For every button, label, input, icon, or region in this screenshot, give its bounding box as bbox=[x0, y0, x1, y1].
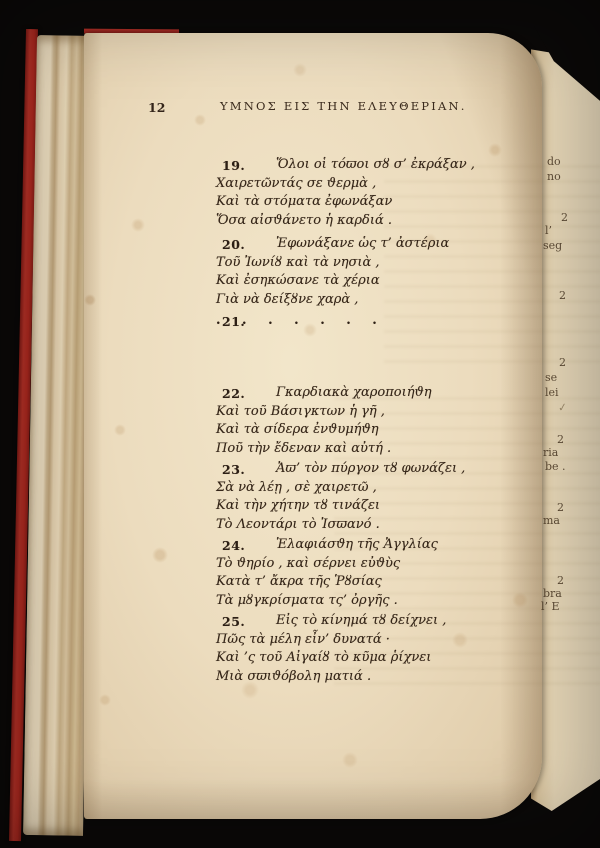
stanza-22: 22. Γκαρδιακὰ χαροποιήϑη Καὶ τοῦ Βάσιγκτ… bbox=[212, 384, 432, 458]
book-page: 12 ΥΜΝΟΣ ΕΙΣ ΤΗΝ ΕΛΕΥΘΕΡΙΑΝ. 19. Ὅλοι οἱ… bbox=[84, 33, 542, 819]
verse-line: Τὸ Λεοντάρι τὸ Ἰσϖανό . bbox=[212, 516, 465, 535]
pencil-check-mark: ✓ bbox=[557, 400, 568, 414]
verse-line: Ἐλαφιάσϑη τῆς Ἀγγλίας bbox=[212, 536, 438, 555]
verse-line: Ὅσα αἰσϑάνετο ἡ καρδιά . bbox=[212, 212, 475, 231]
stanza-number: 22. bbox=[222, 385, 245, 404]
facing-page-fragment: lei bbox=[545, 386, 559, 399]
verse-line: Τὰ μȣγκρίσματα τς’ ὀργῆς . bbox=[212, 592, 438, 611]
facing-page-fragment: l’ E bbox=[541, 600, 560, 613]
facing-page-fragment: se bbox=[545, 371, 557, 384]
facing-page-fragment: 2 bbox=[561, 211, 568, 224]
facing-page-fragment: ma bbox=[543, 514, 560, 527]
verse-line: Καὶ ἐσηκώσανε τὰ χέρια bbox=[212, 272, 449, 291]
facing-page-fragment: 2 bbox=[559, 289, 566, 302]
verse-line: Εἰς τὸ κίνημά τȣ δείχνει , bbox=[212, 612, 446, 631]
verse-line: Σὰ νὰ λέῃ , σὲ χαιρετῶ , bbox=[212, 479, 465, 498]
facing-page-fragment: 2 bbox=[557, 501, 564, 514]
facing-page-fragment: 2 bbox=[557, 574, 564, 587]
verse-line: Κατὰ τ’ ἄκρα τῆς Ῥȣσίας bbox=[212, 573, 438, 592]
verse-line: Πῶς τὰ μέλη εἶν’ δυνατά · bbox=[212, 631, 446, 650]
stanza-20: 20. Ἐφωνάξανε ὡς τ’ ἀστέρια Τοῦ Ἰωνίȣ κα… bbox=[212, 235, 449, 309]
stanza-number: 25. bbox=[222, 613, 245, 632]
verse-line: Ποῦ τὴν ἔδεναν καὶ αὐτή . bbox=[212, 440, 432, 459]
verse-line: Χαιρετῶντάς σε ϑερμὰ , bbox=[212, 175, 475, 194]
stanza-number: 20. bbox=[222, 236, 245, 255]
facing-page-fragment: be . bbox=[545, 460, 566, 473]
verse-line: Μιὰ σϖιϑόβολη ματιά . bbox=[212, 668, 446, 687]
facing-page-fragment: do bbox=[547, 155, 561, 168]
facing-page-fragment: 2 bbox=[557, 433, 564, 446]
verse-line: Καὶ τὰ στόματα ἐφωνάξαν bbox=[212, 193, 475, 212]
verse-line: Γιὰ νὰ δείξȣνε χαρὰ , bbox=[212, 291, 449, 310]
stanza-23: 23. Ἀϖ’ τὸν πύργον τȣ φωνάζει , Σὰ νὰ λέ… bbox=[212, 460, 465, 534]
stanza-number: 23. bbox=[222, 461, 245, 480]
facing-page-fragment: no bbox=[547, 170, 561, 183]
stanza-number: 19. bbox=[222, 157, 245, 176]
stanza-25: 25. Εἰς τὸ κίνημά τȣ δείχνει , Πῶς τὰ μέ… bbox=[212, 612, 446, 686]
stanza-number: 24. bbox=[222, 537, 245, 556]
verse-line: Καὶ τὰ σίδερα ἐνϑυμήϑη bbox=[212, 421, 432, 440]
verse-line: Καὶ τὴν χήτην τȣ τινάζει bbox=[212, 497, 465, 516]
verse-line: Ἀϖ’ τὸν πύργον τȣ φωνάζει , bbox=[212, 460, 465, 479]
facing-page-fragment: ria bbox=[543, 446, 558, 459]
stanza-19: 19. Ὅλοι οἱ τόϖοι σȣ σ’ ἐκράξαν , Χαιρετ… bbox=[212, 156, 475, 230]
facing-page-fragment: 2 bbox=[559, 356, 566, 369]
verse-line: Καὶ ’ς τοῦ Αἰγαίȣ τὸ κῦμα ῥίχνει bbox=[212, 649, 446, 668]
verse-line: Τοῦ Ἰωνίȣ καὶ τὰ νησιὰ , bbox=[212, 254, 449, 273]
verse-line: Ἐφωνάξανε ὡς τ’ ἀστέρια bbox=[212, 235, 449, 254]
verse-line: Ὅλοι οἱ τόϖοι σȣ σ’ ἐκράξαν , bbox=[212, 156, 475, 175]
photo-background: 12 ΥΜΝΟΣ ΕΙΣ ΤΗΝ ΕΛΕΥΘΕΡΙΑΝ. 19. Ὅλοι οἱ… bbox=[0, 0, 600, 848]
stanza-21-omitted: 21. . . . . . . . bbox=[212, 312, 378, 331]
facing-page-fragment: bra bbox=[543, 587, 562, 600]
verse-line: Καὶ τοῦ Βάσιγκτων ἡ γῆ , bbox=[212, 403, 432, 422]
facing-page-fragment: l’ bbox=[545, 224, 552, 237]
stanza-number: 21. bbox=[222, 313, 245, 332]
verse-line: Τὸ ϑηρίο , καὶ σέρνει εὐϑὺς bbox=[212, 555, 438, 574]
stanza-24: 24. Ἐλαφιάσϑη τῆς Ἀγγλίας Τὸ ϑηρίο , καὶ… bbox=[212, 536, 438, 610]
page-number: 12 bbox=[148, 100, 165, 115]
facing-page-fragment: seg bbox=[543, 239, 562, 252]
running-title: ΥΜΝΟΣ ΕΙΣ ΤΗΝ ΕΛΕΥΘΕΡΙΑΝ. bbox=[220, 99, 467, 113]
